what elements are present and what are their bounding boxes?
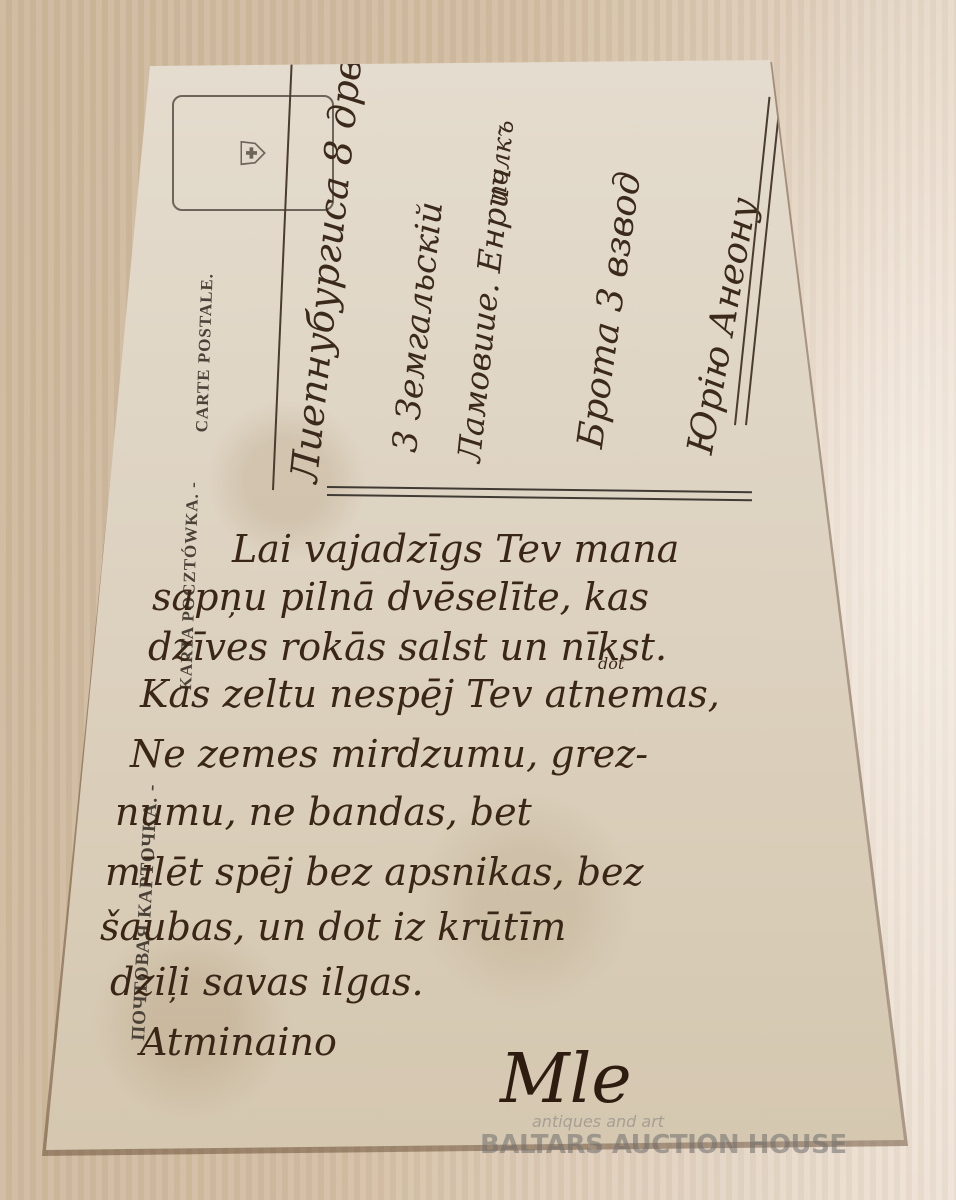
message-line: dzīves rokās salst un nīkst. [148,625,667,669]
message-line: sapņu pilnā dvēselīte, kas [152,575,649,619]
watermark-tagline: antiques and art [532,1112,664,1131]
message-line: numu, ne bandas, bet [115,790,532,834]
signature: Mle [500,1040,632,1119]
message-line: Ne zemes mirdzumu, grez- [130,732,648,776]
message-closing: Atminaino [140,1020,337,1064]
message-insertion: dot [598,654,624,673]
message-line: Lai vajadzīgs Tev mana [232,527,679,571]
message-line: Kas zeltu nespēj Tev atnemas, [140,672,720,716]
message-line: šaubas, un dot iz krūtīm [100,905,566,949]
watermark-brand: BALTARS AUCTION HOUSE [480,1130,847,1160]
message-line: mīlēt spēj bez apsnikas, bez [105,850,644,894]
message-line: dziļi savas ilgas. [110,960,424,1004]
